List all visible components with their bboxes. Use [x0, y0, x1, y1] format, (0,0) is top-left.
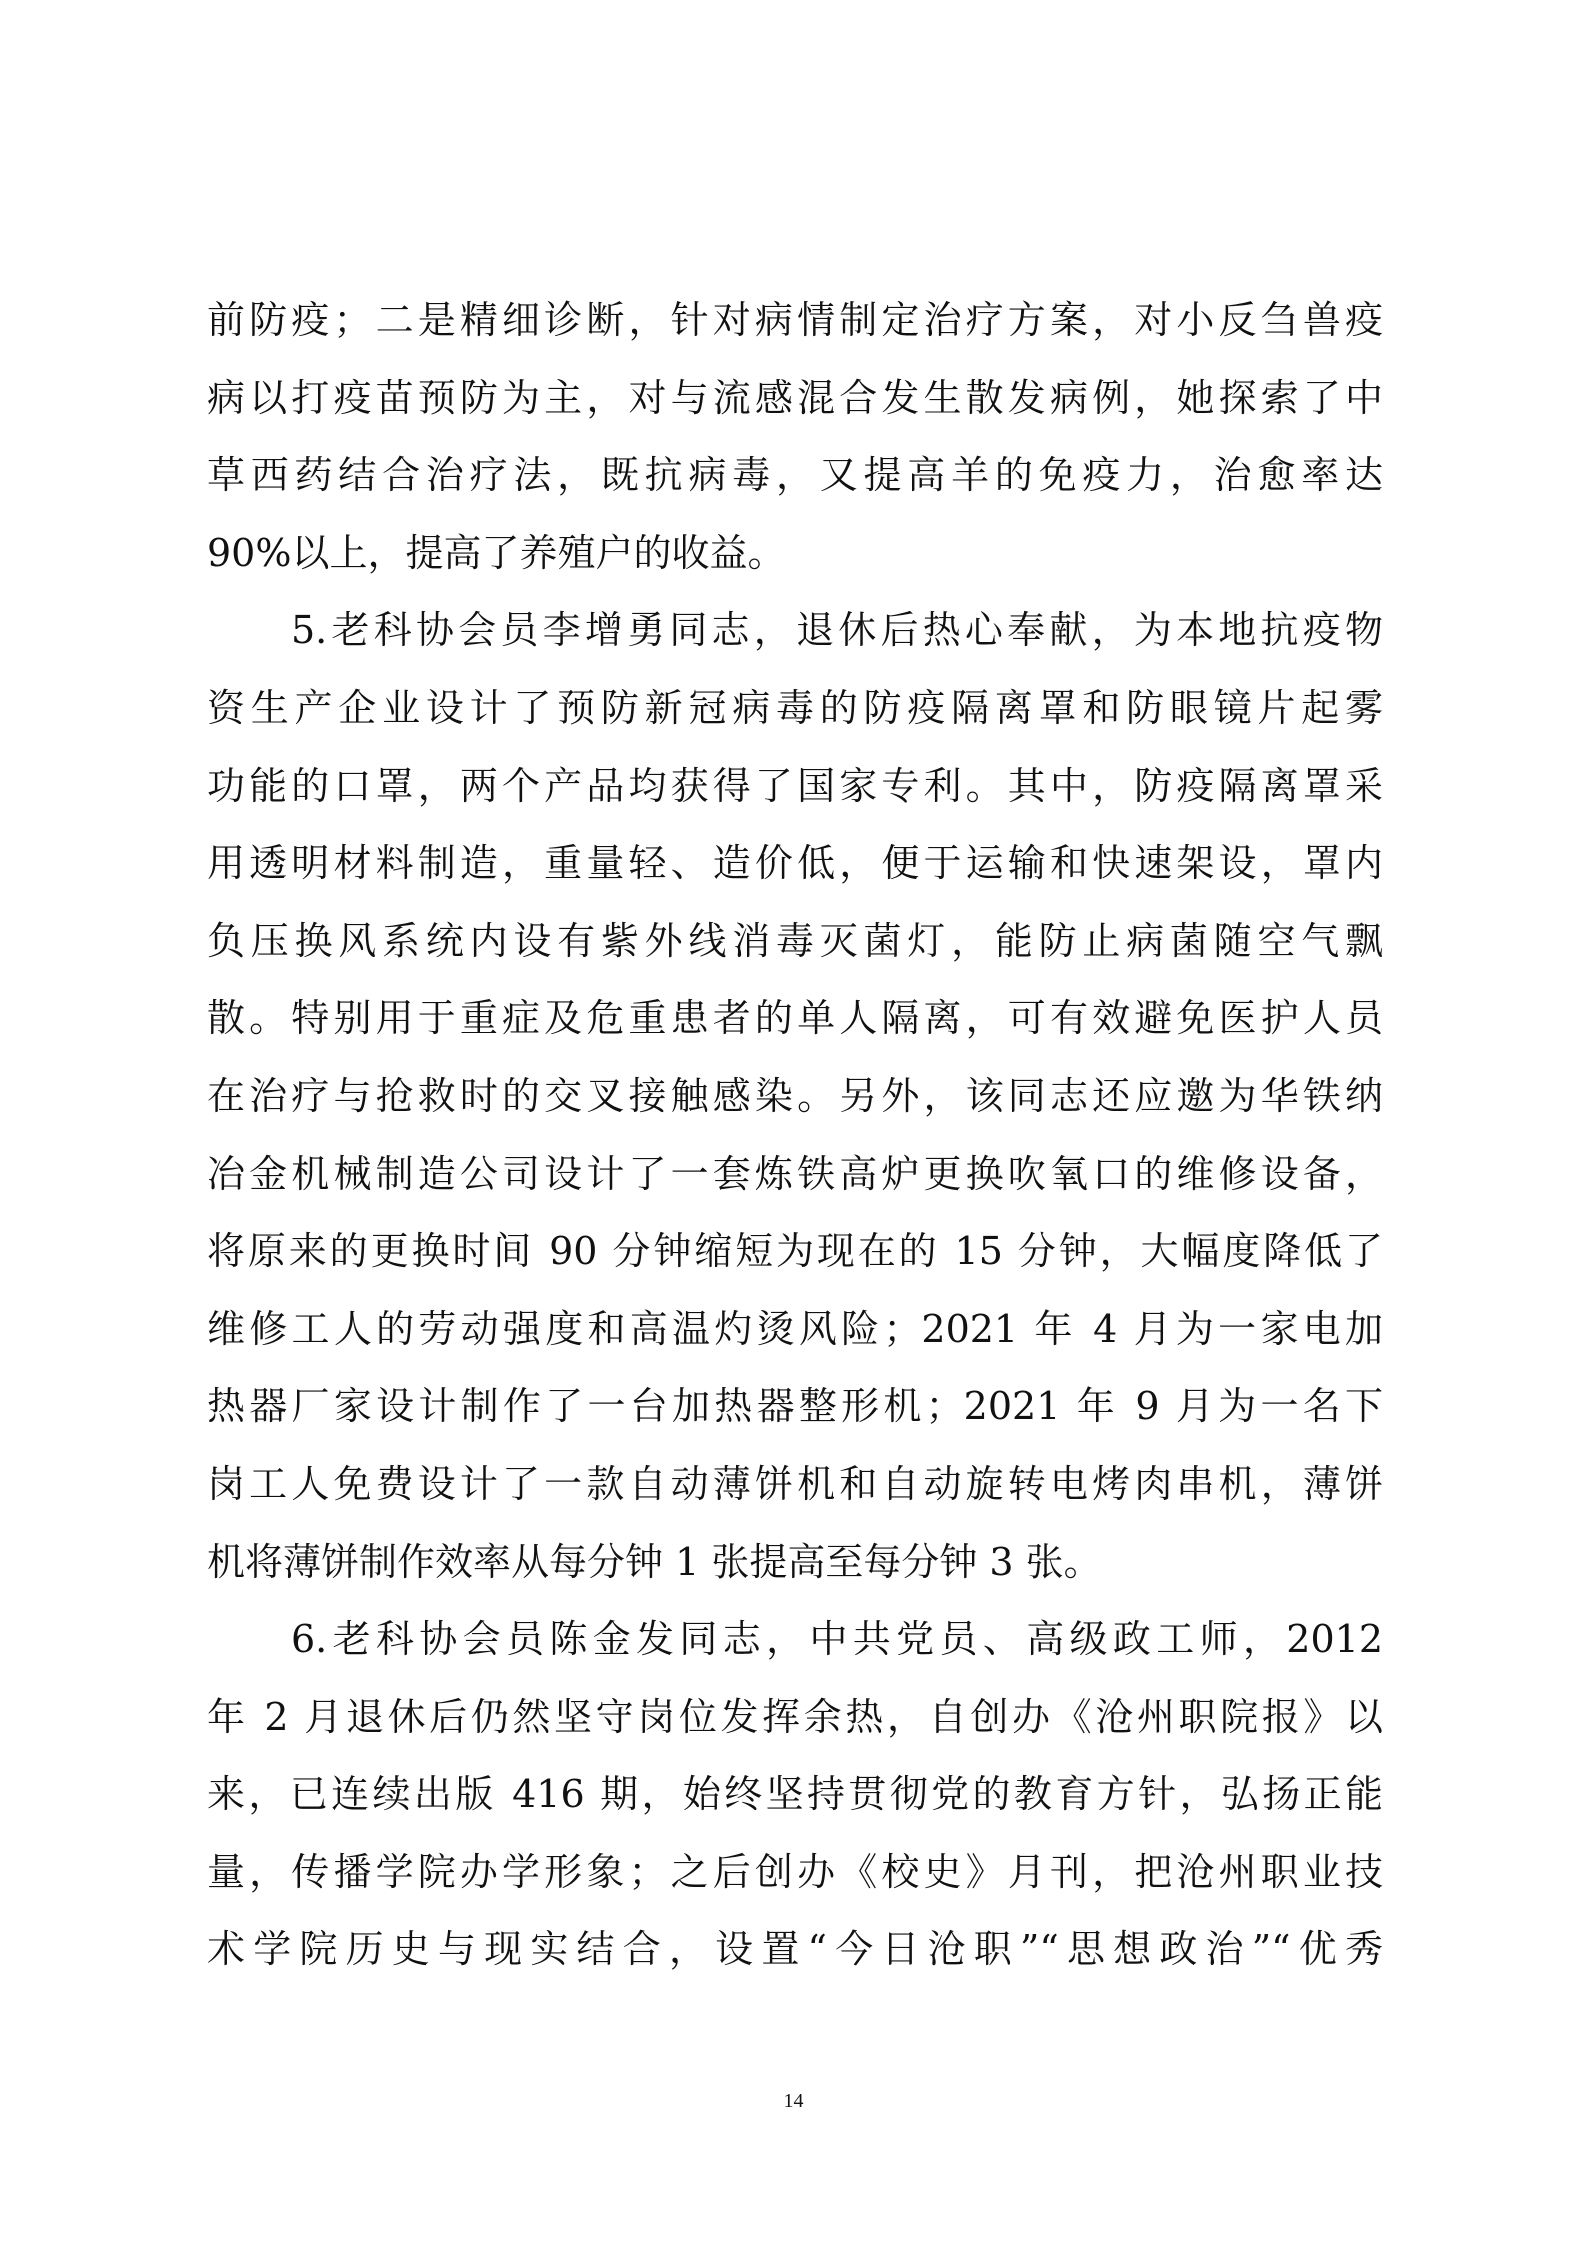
text-line: 术学院历史与现实结合，设置“今日沧职”“思想政治”“优秀	[207, 1921, 1383, 1999]
text-line: 来，已连续出版 416 期，始终坚持贯彻党的教育方针，弘扬正能	[207, 1766, 1383, 1844]
text-line: 维修工人的劳动强度和高温灼烫风险；2021 年 4 月为一家电加	[207, 1301, 1383, 1379]
text-line: 负压换风系统内设有紫外线消毒灭菌灯，能防止病菌随空气飘	[207, 913, 1383, 991]
text-line: 病以打疫苗预防为主，对与流感混合发生散发病例，她探索了中	[207, 370, 1383, 448]
text-line: 用透明材料制造，重量轻、造价低，便于运输和快速架设，罩内	[207, 835, 1383, 913]
text-line: 草西药结合治疗法，既抗病毒，又提高羊的免疫力，治愈率达	[207, 447, 1383, 525]
text-line: 前防疫；二是精细诊断，针对病情制定治疗方案，对小反刍兽疫	[207, 292, 1383, 370]
text-line: 散。特别用于重症及危重患者的单人隔离，可有效避免医护人员	[207, 990, 1383, 1068]
text-line: 热器厂家设计制作了一台加热器整形机；2021 年 9 月为一名下	[207, 1378, 1383, 1456]
page-number: 14	[0, 2090, 1587, 2113]
text-line: 90%以上，提高了养殖户的收益。	[207, 525, 1383, 603]
text-line: 岗工人免费设计了一款自动薄饼机和自动旋转电烤肉串机，薄饼	[207, 1456, 1383, 1534]
text-line: 冶金机械制造公司设计了一套炼铁高炉更换吹氧口的维修设备，	[207, 1146, 1383, 1224]
body-text: 前防疫；二是精细诊断，针对病情制定治疗方案，对小反刍兽疫 病以打疫苗预防为主，对…	[207, 292, 1383, 1999]
paragraph-continuation: 前防疫；二是精细诊断，针对病情制定治疗方案，对小反刍兽疫 病以打疫苗预防为主，对…	[207, 292, 1383, 602]
text-line: 6.老科协会员陈金发同志，中共党员、高级政工师，2012	[207, 1611, 1383, 1689]
text-line: 在治疗与抢救时的交叉接触感染。另外，该同志还应邀为华铁纳	[207, 1068, 1383, 1146]
document-page: 前防疫；二是精细诊断，针对病情制定治疗方案，对小反刍兽疫 病以打疫苗预防为主，对…	[0, 0, 1587, 2245]
paragraph-item-6: 6.老科协会员陈金发同志，中共党员、高级政工师，2012 年 2 月退休后仍然坚…	[207, 1611, 1383, 1999]
text-line: 年 2 月退休后仍然坚守岗位发挥余热，自创办《沧州职院报》以	[207, 1689, 1383, 1767]
text-line: 机将薄饼制作效率从每分钟 1 张提高至每分钟 3 张。	[207, 1534, 1383, 1612]
text-line: 资生产企业设计了预防新冠病毒的防疫隔离罩和防眼镜片起雾	[207, 680, 1383, 758]
text-line: 功能的口罩，两个产品均获得了国家专利。其中，防疫隔离罩采	[207, 758, 1383, 836]
text-line: 量，传播学院办学形象；之后创办《校史》月刊，把沧州职业技	[207, 1844, 1383, 1922]
text-line: 5.老科协会员李增勇同志，退休后热心奉献，为本地抗疫物	[207, 602, 1383, 680]
paragraph-item-5: 5.老科协会员李增勇同志，退休后热心奉献，为本地抗疫物 资生产企业设计了预防新冠…	[207, 602, 1383, 1611]
text-line: 将原来的更换时间 90 分钟缩短为现在的 15 分钟，大幅度降低了	[207, 1223, 1383, 1301]
